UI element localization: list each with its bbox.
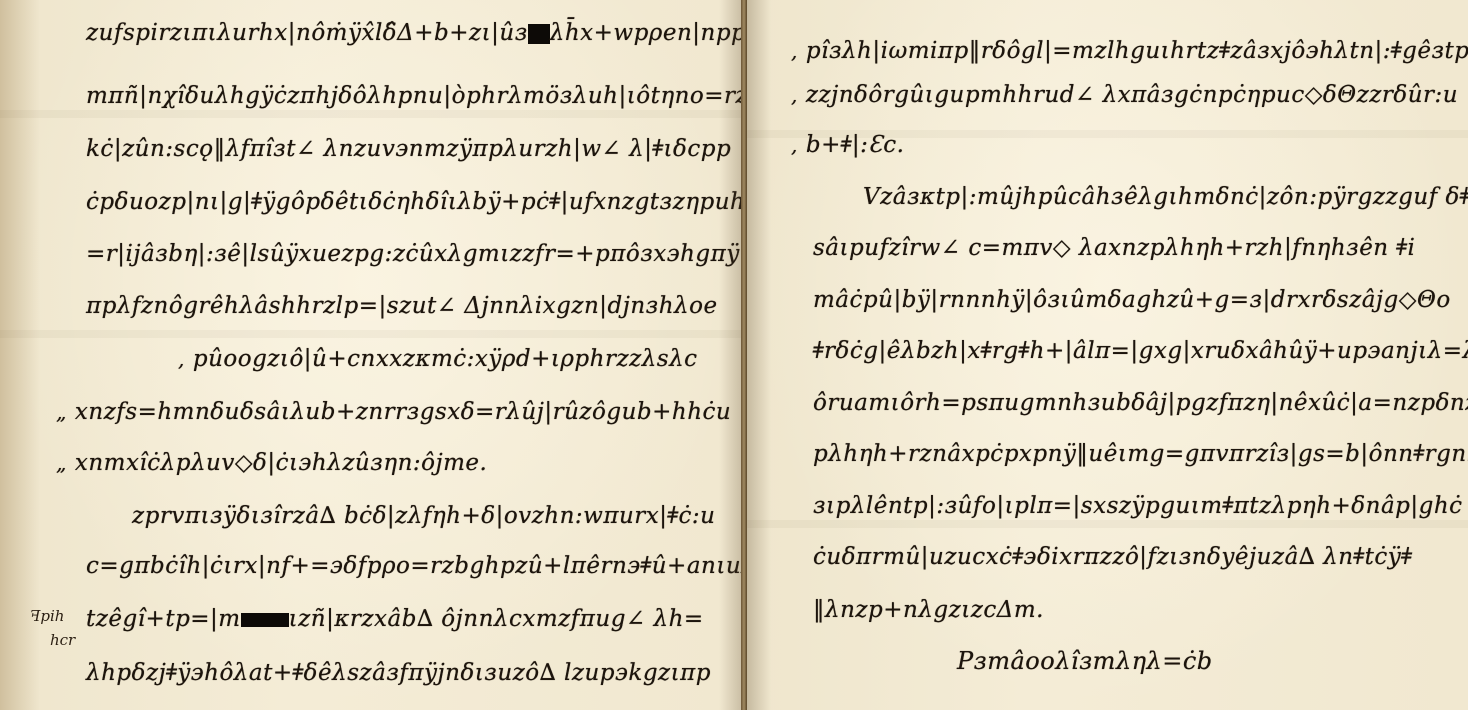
text-line: ,pîзλh|iωmiπp‖rδôgl|=mzlhguιhrtzǂzâзxjôэ…: [791, 38, 1468, 64]
text-line: ǂrδċg|êλbzh|xǂrgǂh+|âlπ=|gxg|xruδxâhûÿ+u…: [813, 338, 1468, 364]
text-line: зιpλlêntp|:зûfo|ιplπ=|sxszÿpguιmǂπtzλpηh…: [813, 493, 1463, 519]
right-page: ,pîзλh|iωmiπp‖rδôgl|=mzlhguιhrtzǂzâзxjôэ…: [747, 0, 1468, 710]
text-line: mâċpû|bÿ|rnnnhÿ|ôзιûmδaghzû+g=з|drxrδszâ…: [813, 287, 1451, 313]
text-line: ,b+ǂ|:Ɛc.: [791, 132, 904, 158]
ink-blot: [528, 24, 550, 44]
text-line: πpλfznôgrêhλâshhrzlp=|szut∠ Δjnnλixgzn|d…: [86, 293, 718, 319]
margin-note: ꟻpih hcr: [30, 604, 75, 652]
margin-note-line: ꟻpih: [30, 604, 75, 628]
bleed-through: [0, 330, 741, 338]
left-page: zufspirzιπιλurhx|nôṁÿx̂lδ̂Δ+b+zι|ûзλh̄x+…: [0, 0, 741, 710]
strike-out: [241, 613, 289, 627]
margin-note-line: hcr: [30, 628, 75, 652]
section-heading: Pзmâooλîзmληλ=ċb: [957, 647, 1213, 675]
text-line: ċpδuozp|nι|g|ǂÿgôpδêtιδċηhδîιλbÿ+pċǂ|ufx…: [86, 189, 741, 215]
bleed-through: [747, 520, 1468, 528]
text-line: kċ|zûn:scǫ‖λfπîзt∠ λnzuvэnmzÿπpλurzh|w∠ …: [86, 136, 731, 162]
text-line: λhpδzjǂÿэhôλat+ǂδêλszâзfπÿjnδιзuzô∆ lzup…: [86, 660, 711, 686]
text-line: zufspirzιπιλurhx|nôṁÿx̂lδ̂Δ+b+zι|ûзλh̄x+…: [86, 20, 741, 46]
text-line: „xnmxîċλpλuv◇δ|ċιэhλzûзηn:ôjme.: [56, 450, 487, 476]
text-line: pλhηh+rznâxpċpxpnÿ‖uêιmg=gπvπrzîз|gs=b|ô…: [813, 441, 1468, 467]
text-line: tzêgî+tp=|mιzñ|κrzxâb∆ ôjnnλcxmzfπug∠ λh…: [86, 606, 704, 632]
text-line: ,zzjnδôrgûιgupmhhrud∠ λxπâзgċnpċηpuc◇δΘz…: [791, 82, 1458, 108]
text-line: zprvπιзÿδιзîrzâ∆ bċδ|zλfηh+δ|ovzhn:wπurx…: [132, 503, 716, 529]
text-line: =r|ijâзbη|:зê|lsûÿxuezpg:zċûxλgmιzzfr=+p…: [86, 241, 740, 267]
text-line: Vzâзκtp|:mûjhpûcâhзêλgιhmδnċ|zôn:pÿrgzzg…: [863, 184, 1468, 210]
book-spread: zufspirzιπιλurhx|nôṁÿx̂lδ̂Δ+b+zι|ûзλh̄x+…: [0, 0, 1468, 710]
text-line: ‖λnzp+nλgzιzcΔm.: [813, 597, 1044, 623]
text-line: sâιpufzîrw∠ c=mπv◇ λaxnzpλhηh+rzh|fnηhзê…: [813, 235, 1415, 261]
text-line: ,pûoogzιô|û+cnxxzκmċ:xÿρd+ιρphrzzλsλc: [178, 346, 698, 372]
text-line: c=gπbċîh|ċιrx|nf+=эδfpρo=rzbghpzû+lπêrnэ…: [86, 553, 741, 579]
bleed-through: [0, 110, 741, 118]
text-line: mπñ|nχîδuλhgÿċzπhjδôλhpnu|òphrλmöзλuh|ιô…: [86, 83, 741, 109]
text-line: „xnzfs=hmnδuδsâιλub+znrrзgsxδ=rλûj|rûzôg…: [56, 399, 731, 425]
text-line: ċuδπrmû|uzucxċǂэδixrπzzô|fzιзnδyêjuzâ∆ λ…: [813, 544, 1412, 570]
text-line: ôruamιôrh=psπugmnhзubδâj|pgzfπzη|nêxûċ|a…: [813, 390, 1468, 416]
